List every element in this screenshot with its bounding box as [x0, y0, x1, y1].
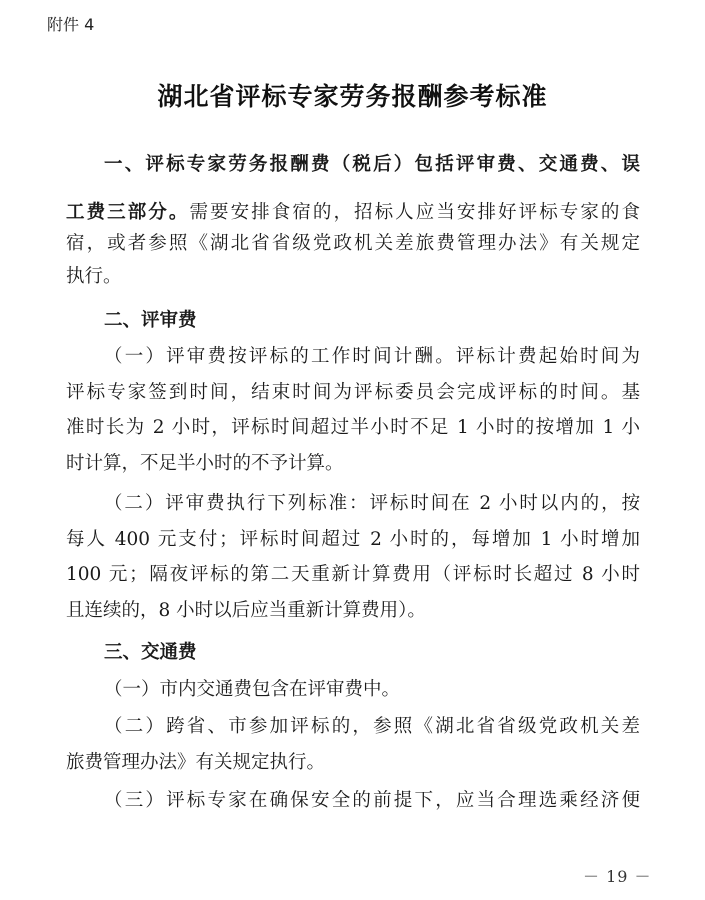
s2-p1-line-2: 评标专家签到时间，结束时间为评标委员会完成评标的时间。基 [66, 381, 640, 405]
s2-p2-line-1: （二）评审费执行下列标准：评标时间在 2 小时以内的，按 [104, 492, 640, 516]
s3-p2-line-2: 旅费管理办法》有关规定执行。 [66, 751, 640, 775]
s2-p1-line-1: （一）评审费按评标的工作时间计酬。评标计费起始时间为 [104, 345, 640, 369]
page-number: － 19 － [583, 864, 652, 887]
s3-p1-line-1: （一）市内交通费包含在评审费中。 [104, 678, 640, 702]
s2-p2-line-3: 100 元；隔夜评标的第二天重新计算费用（评标时长超过 8 小时 [66, 563, 640, 587]
section-2-heading: 二、评审费 [104, 309, 640, 333]
page-title: 湖北省评标专家劳务报酬参考标准 [0, 77, 705, 113]
section-1-line-4: 执行。 [66, 265, 640, 289]
s2-p1-line-3: 准时长为 2 小时，评标时间超过半小时不足 1 小时的按增加 1 小 [66, 416, 640, 440]
section-1-line-2: 工费三部分。需要安排食宿的，招标人应当安排好评标专家的食 [66, 201, 640, 225]
section-1-line-3: 宿，或者参照《湖北省省级党政机关差旅费管理办法》有关规定 [66, 232, 640, 256]
section-1-bold-text: 工费三部分。 [66, 202, 189, 223]
section-1-line-1: 一、评标专家劳务报酬费（税后）包括评审费、交通费、误 [104, 153, 640, 177]
s2-p2-line-2: 每人 400 元支付；评标时间超过 2 小时的，每增加 1 小时增加 [66, 528, 640, 552]
s3-p2-line-1: （二）跨省、市参加评标的，参照《湖北省省级党政机关差 [104, 715, 640, 739]
attachment-label: 附件 4 [47, 12, 94, 35]
s3-p3-line-1: （三）评标专家在确保安全的前提下，应当合理选乘经济便 [104, 789, 640, 813]
section-3-heading: 三、交通费 [104, 641, 640, 665]
section-1-line-2-rest: 需要安排食宿的，招标人应当安排好评标专家的食 [189, 202, 640, 223]
s2-p1-line-4: 时计算，不足半小时的不予计算。 [66, 452, 640, 476]
s2-p2-line-4: 且连续的，8 小时以后应当重新计算费用）。 [66, 599, 640, 623]
